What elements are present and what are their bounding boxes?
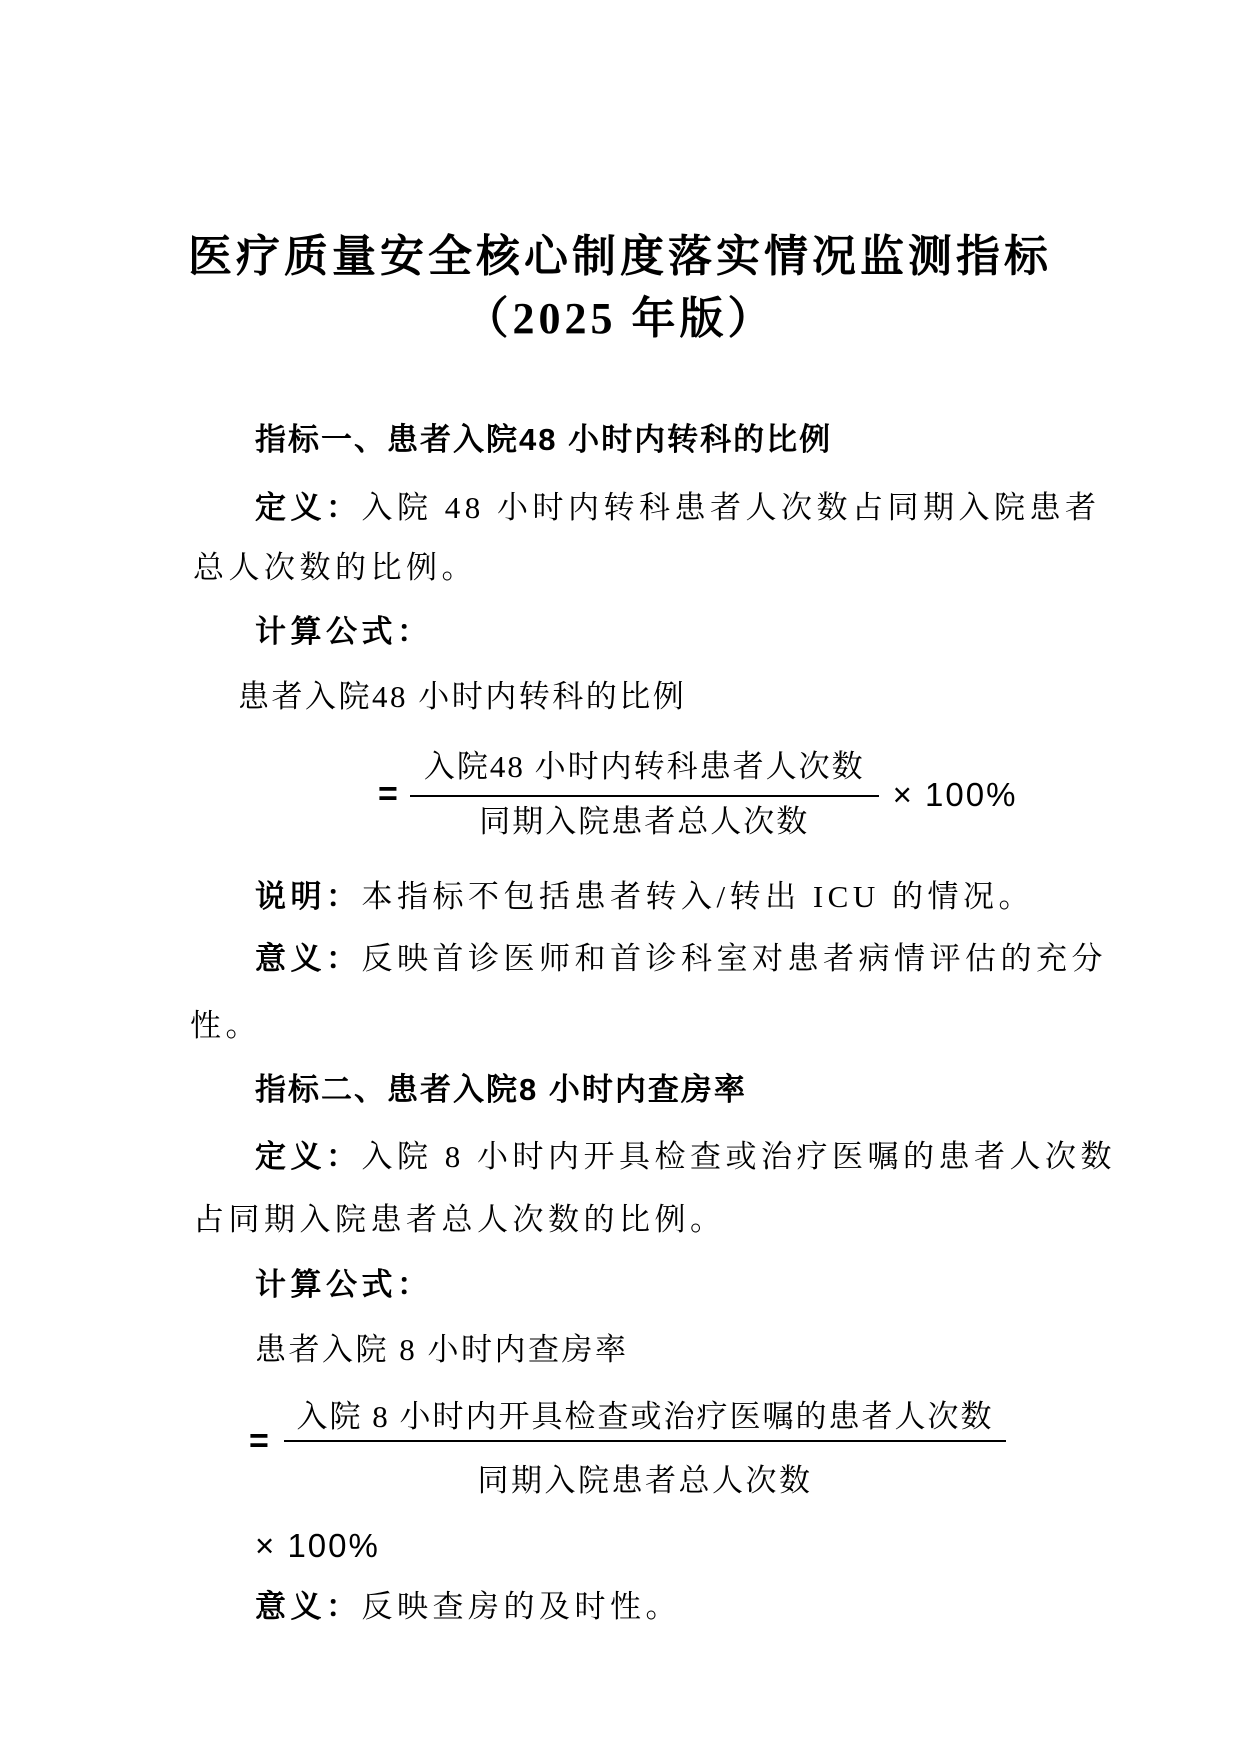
indicator-2-formula-numerator: 入院 8 小时内开具检查或治疗医嘱的患者人次数 <box>284 1398 1006 1442</box>
indicator-2-definition-line-1: 定义：入院 8 小时内开具检查或治疗医嘱的患者人次数 <box>255 1138 1116 1175</box>
indicator-1-definition-line-1: 定义：入院 48 小时内转科患者人次数占同期入院患者 <box>255 489 1101 526</box>
note-text: 本指标不包括患者转入/转出 ICU 的情况。 <box>362 879 1035 914</box>
definition-label: 定义： <box>255 490 362 525</box>
equals-sign: = <box>378 775 398 814</box>
indicator-2-formula-multiplier: × 100% <box>255 1526 380 1566</box>
significance-text: 反映首诊医师和首诊科室对患者病情评估的充分 <box>362 941 1108 976</box>
multiplier: × 100% <box>893 776 1018 814</box>
indicator-1-note: 说明：本指标不包括患者转入/转出 ICU 的情况。 <box>255 878 1034 915</box>
indicator-2-significance: 意义：反映查房的及时性。 <box>255 1588 681 1625</box>
document-page: 医疗质量安全核心制度落实情况监测指标 （2025 年版） 指标一、患者入院48 … <box>0 0 1240 1754</box>
indicator-1-definition-line-2: 总人次数的比例。 <box>193 549 477 586</box>
indicator-2-formula-denominator: 同期入院患者总人次数 <box>284 1462 1006 1499</box>
significance-label: 意义： <box>255 1589 362 1624</box>
indicator-2-formula-lead: 患者入院 8 小时内查房率 <box>255 1331 629 1368</box>
indicator-1-significance-line-1: 意义：反映首诊医师和首诊科室对患者病情评估的充分 <box>255 940 1107 977</box>
indicator-1-formula-lead: 患者入院48 小时内转科的比例 <box>238 678 686 715</box>
indicator-2-definition-line-2: 占同期入院患者总人次数的比例。 <box>193 1201 726 1238</box>
definition-text: 入院 48 小时内转科患者人次数占同期入院患者 <box>362 490 1101 525</box>
fraction-denominator: 同期入院患者总人次数 <box>410 797 879 842</box>
document-title-line-1: 医疗质量安全核心制度落实情况监测指标 <box>0 232 1240 283</box>
fraction-numerator: 入院48 小时内转科患者人次数 <box>410 748 879 797</box>
significance-label: 意义： <box>255 941 362 976</box>
document-title-line-2: （2025 年版） <box>0 294 1240 345</box>
indicator-2-heading: 指标二、患者入院8 小时内查房率 <box>255 1071 747 1108</box>
indicator-1-significance-line-2: 性。 <box>190 1007 261 1044</box>
indicator-1-formula-label: 计算公式： <box>255 613 433 650</box>
fraction: 入院48 小时内转科患者人次数 同期入院患者总人次数 <box>410 748 879 842</box>
indicator-1-heading: 指标一、患者入院48 小时内转科的比例 <box>255 421 832 458</box>
definition-text: 入院 8 小时内开具检查或治疗医嘱的患者人次数 <box>362 1139 1117 1174</box>
note-label: 说明： <box>255 879 362 914</box>
equals-sign: = <box>249 1422 269 1461</box>
definition-label: 定义： <box>255 1139 362 1174</box>
significance-text: 反映查房的及时性。 <box>362 1589 682 1624</box>
indicator-1-formula-fraction: = 入院48 小时内转科患者人次数 同期入院患者总人次数 × 100% <box>378 748 1017 842</box>
indicator-2-formula-label: 计算公式： <box>255 1266 433 1303</box>
